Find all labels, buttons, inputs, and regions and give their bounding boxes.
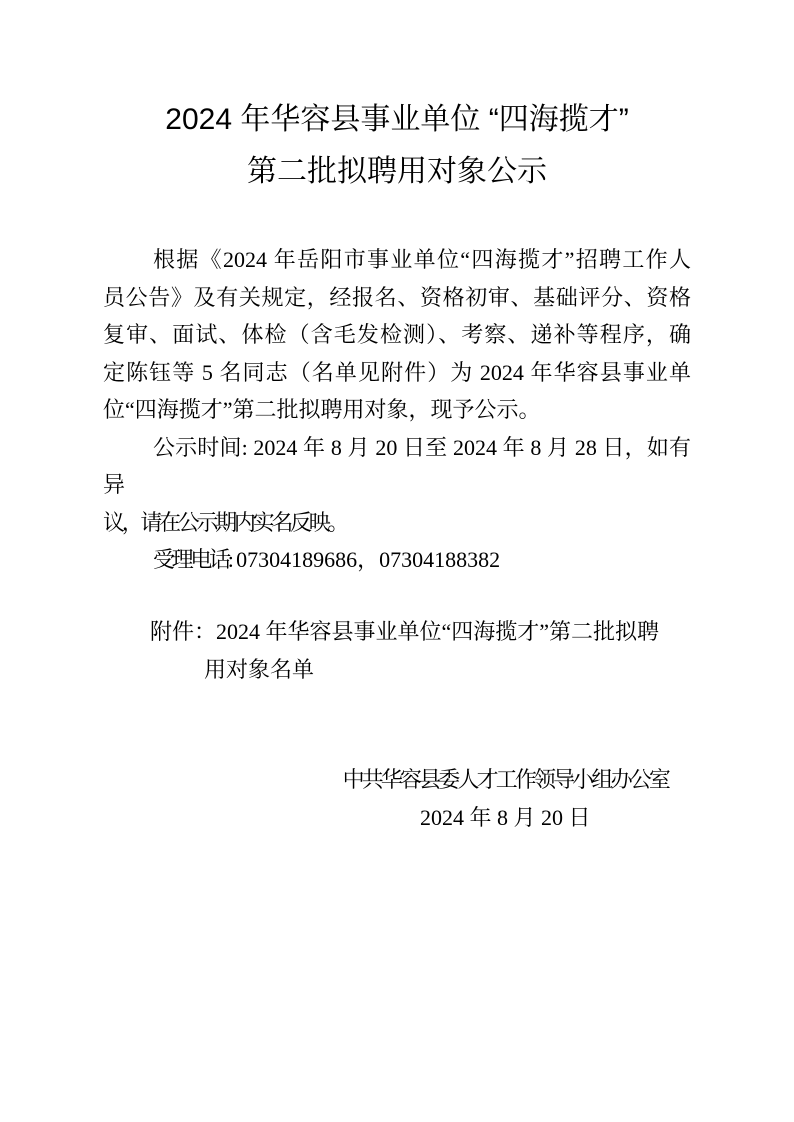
paragraph1-line: 定陈钰等 5 名同志（名单见附件）为 2024 年华容县事业单 [103,354,691,392]
title-line-2: 第二批拟聘用对象公示 [103,146,691,198]
attachment-note: 附件：2024 年华容县事业单位“四海揽才”第二批拟聘 用对象名单 [103,613,691,688]
paragraph1-line: 复审、面试、体检（含毛发检测）、考察、递补等程序，确 [103,316,691,354]
paragraph2-line: 议，请在公示期内实名反映。 [103,504,691,542]
document-page: 2024 年华容县事业单位 “四海揽才” 第二批拟聘用对象公示 根据《2024 … [0,0,794,1122]
signature-organization: 中共华容县委人才工作领导小组办公室 [343,761,668,799]
phone-label: 受理电话: [153,547,231,572]
phone-numbers: 07304189686，07304188382 [231,547,501,572]
paragraph1-line: 根据《2024 年岳阳市事业单位“四海揽才”招聘工作人 [103,241,691,279]
attachment-line-2: 用对象名单 [103,651,691,689]
attachment-line-1: 附件：2024 年华容县事业单位“四海揽才”第二批拟聘 [103,613,691,651]
signature-date: 2024 年 8 月 20 日 [343,799,668,837]
paragraph2-line: 公示时间: 2024 年 8 月 20 日至 2024 年 8 月 28 日，如… [103,429,691,504]
paragraph3-line: 受理电话: 07304189686，07304188382 [103,541,691,579]
document-body: 根据《2024 年岳阳市事业单位“四海揽才”招聘工作人 员公告》及有关规定，经报… [103,241,691,579]
paragraph1-line: 位“四海揽才”第二批拟聘用对象，现予公示。 [103,391,691,429]
paragraph1-line: 员公告》及有关规定，经报名、资格初审、基础评分、资格 [103,279,691,317]
signature-block: 中共华容县委人才工作领导小组办公室 2024 年 8 月 20 日 [343,761,668,836]
document-title: 2024 年华容县事业单位 “四海揽才” 第二批拟聘用对象公示 [103,94,691,198]
title-line-1: 2024 年华容县事业单位 “四海揽才” [103,94,691,146]
